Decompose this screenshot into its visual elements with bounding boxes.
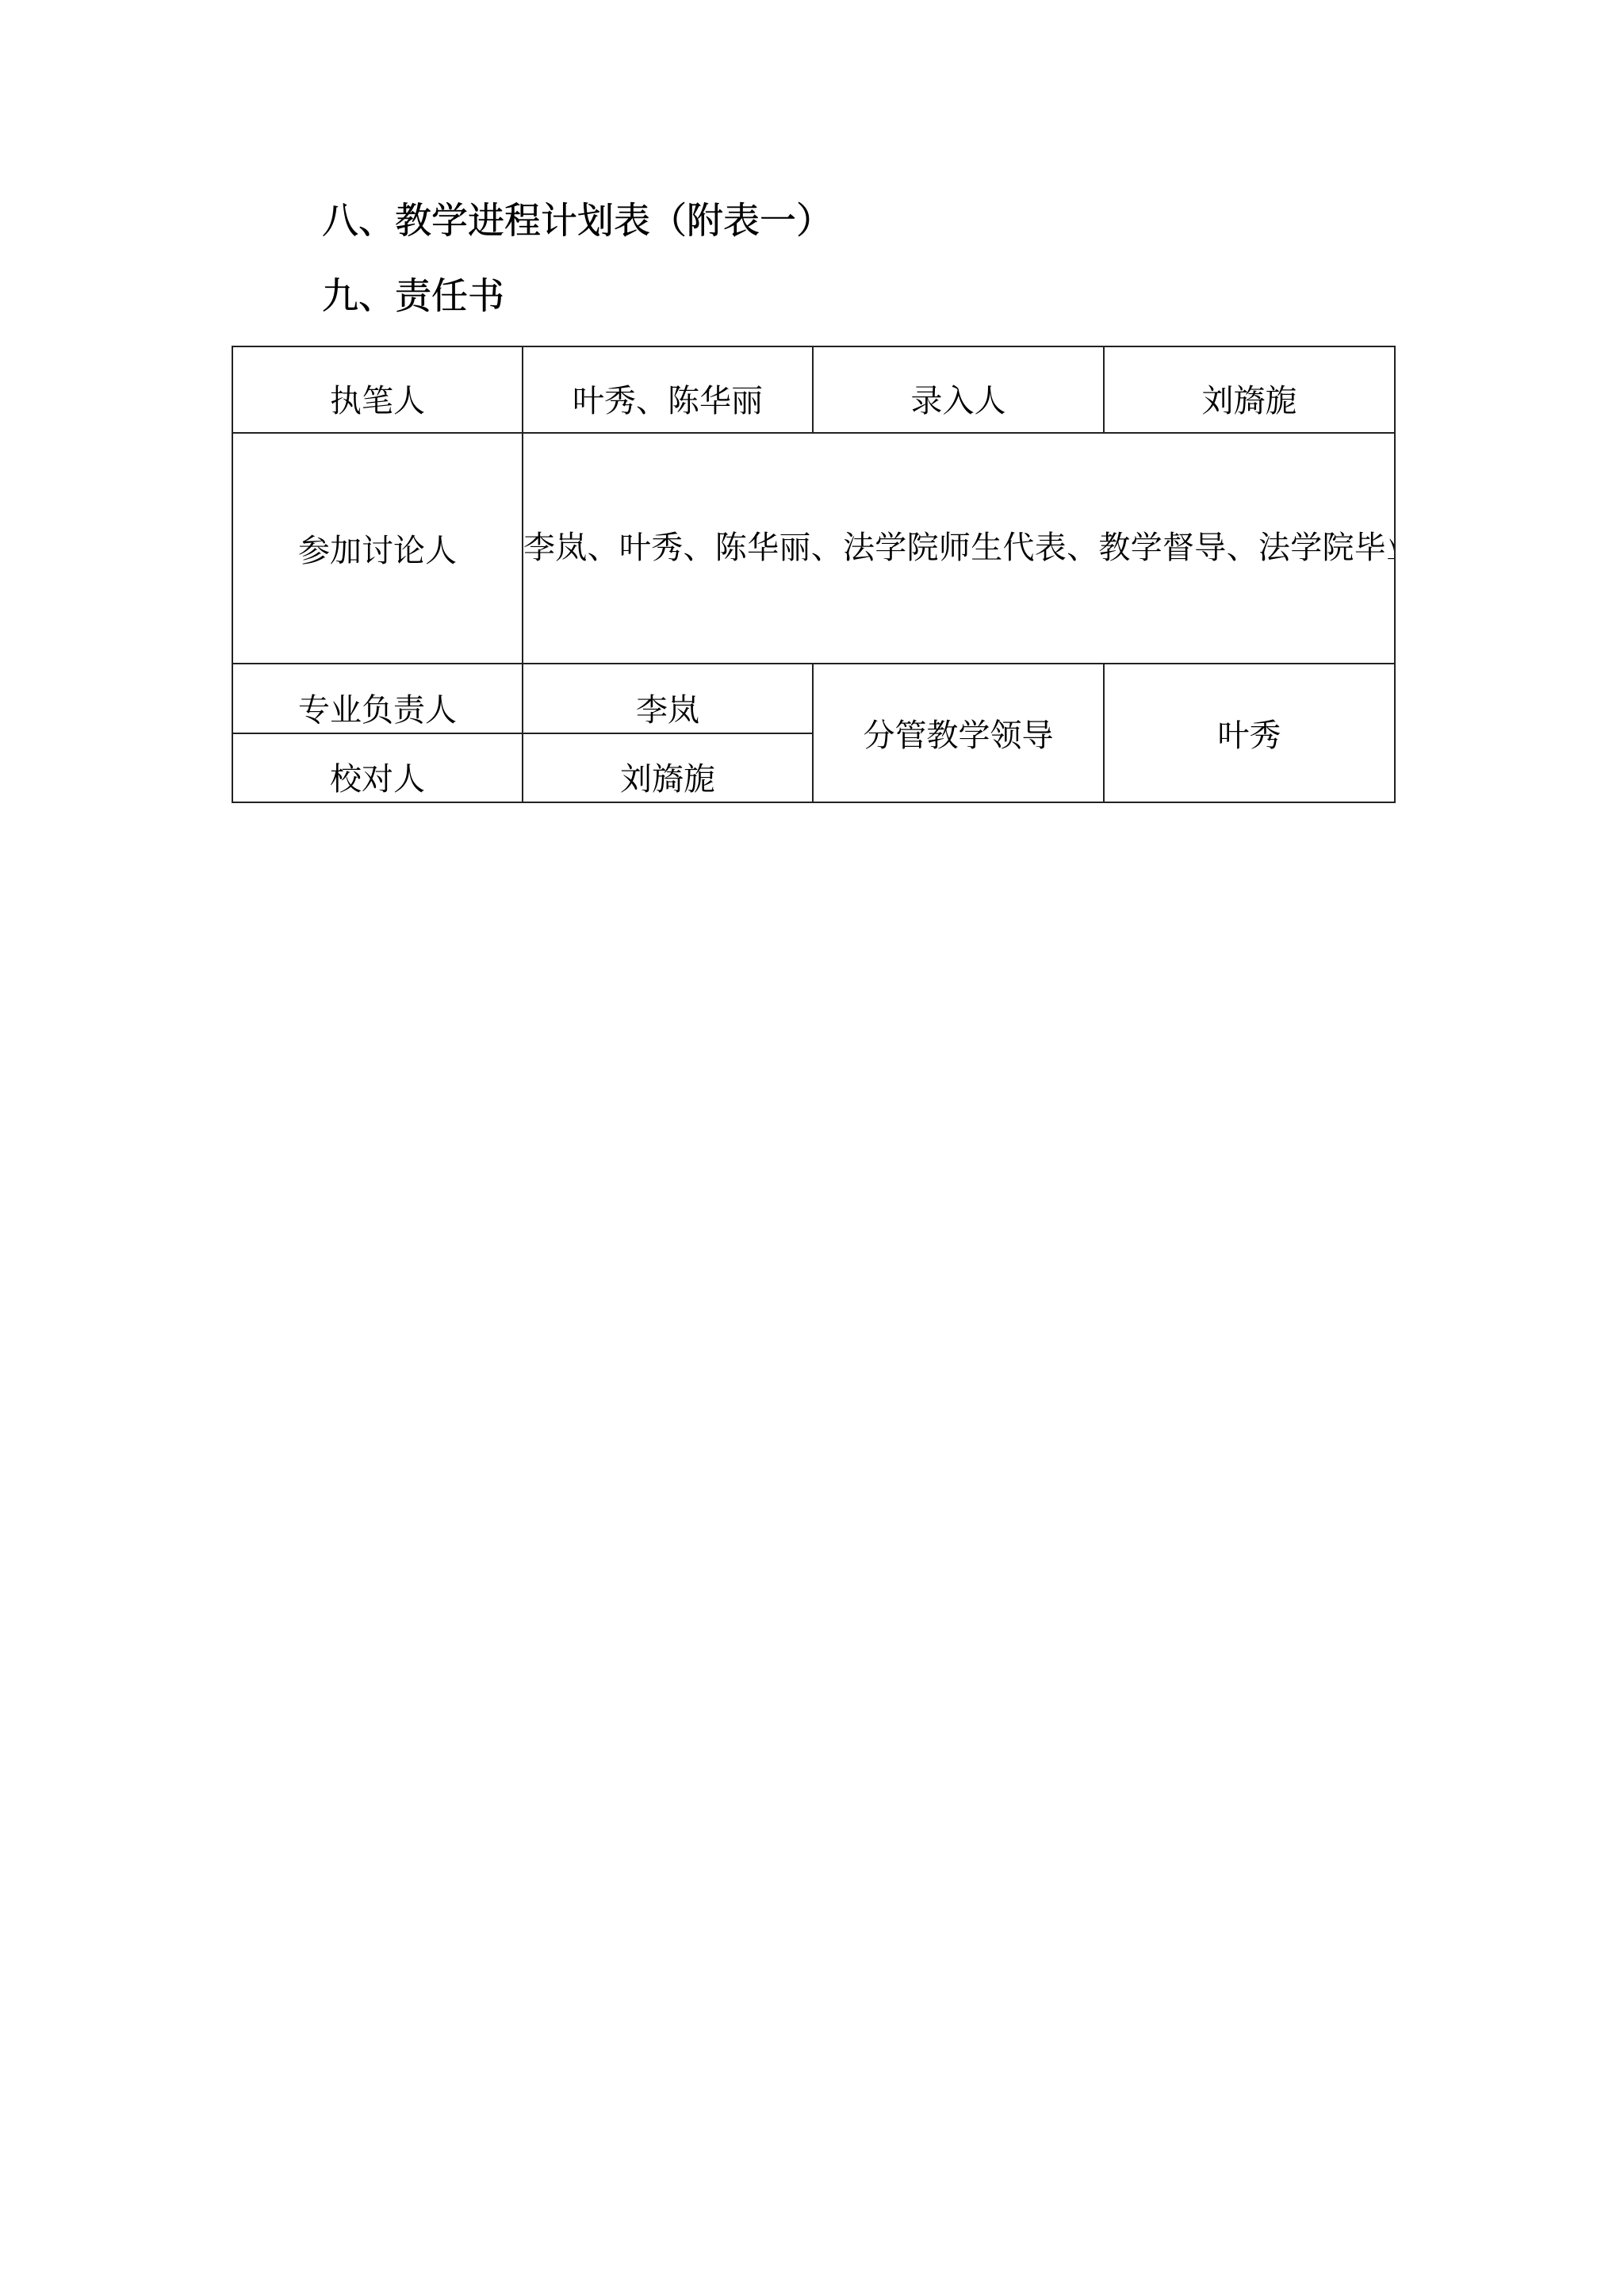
label-writer: 执笔人 (232, 346, 523, 433)
value-writer: 叶秀、陈华丽 (523, 346, 813, 433)
label-program-lead-text: 专业负责人 (298, 691, 457, 729)
value-participants: 李岚、叶秀、陈华丽、法学院师生代表、教学督导、法学院毕业校友代表 (523, 433, 1395, 664)
label-writer-text: 执笔人 (330, 376, 425, 421)
table-row: 参加讨论人 李岚、叶秀、陈华丽、法学院师生代表、教学督导、法学院毕业校友代表 (232, 433, 1395, 664)
value-proofreader: 刘旖旎 (523, 733, 813, 802)
label-teaching-leader: 分管教学领导 (813, 664, 1104, 802)
value-program-lead-text: 李岚 (636, 691, 699, 729)
table-row: 执笔人 叶秀、陈华丽 录入人 刘旖旎 (232, 346, 1395, 433)
label-proofreader-text: 校对人 (330, 760, 425, 798)
label-data-entry: 录入人 (813, 346, 1104, 433)
section-heading-responsibility: 九、责任书 (322, 274, 504, 318)
value-writer-text: 叶秀、陈华丽 (573, 376, 763, 421)
value-program-lead: 李岚 (523, 664, 813, 733)
value-data-entry-text: 刘旖旎 (1202, 376, 1297, 421)
section-heading-teaching-plan: 八、教学进程计划表（附表一） (322, 198, 833, 243)
label-participants: 参加讨论人 (232, 433, 523, 664)
table-row: 专业负责人 李岚 分管教学领导 叶秀 (232, 664, 1395, 733)
value-data-entry: 刘旖旎 (1104, 346, 1395, 433)
value-teaching-leader: 叶秀 (1104, 664, 1395, 802)
label-proofreader: 校对人 (232, 733, 523, 802)
label-data-entry-text: 录入人 (911, 376, 1006, 421)
value-proofreader-text: 刘旖旎 (620, 760, 715, 798)
value-teaching-leader-text: 叶秀 (1218, 710, 1281, 756)
label-program-lead: 专业负责人 (232, 664, 523, 733)
responsibility-table: 执笔人 叶秀、陈华丽 录入人 刘旖旎 参加讨论人 李岚、叶秀、陈华丽、法学院师生… (232, 346, 1396, 803)
label-teaching-leader-text: 分管教学领导 (864, 710, 1054, 756)
label-participants-text: 参加讨论人 (298, 526, 457, 571)
